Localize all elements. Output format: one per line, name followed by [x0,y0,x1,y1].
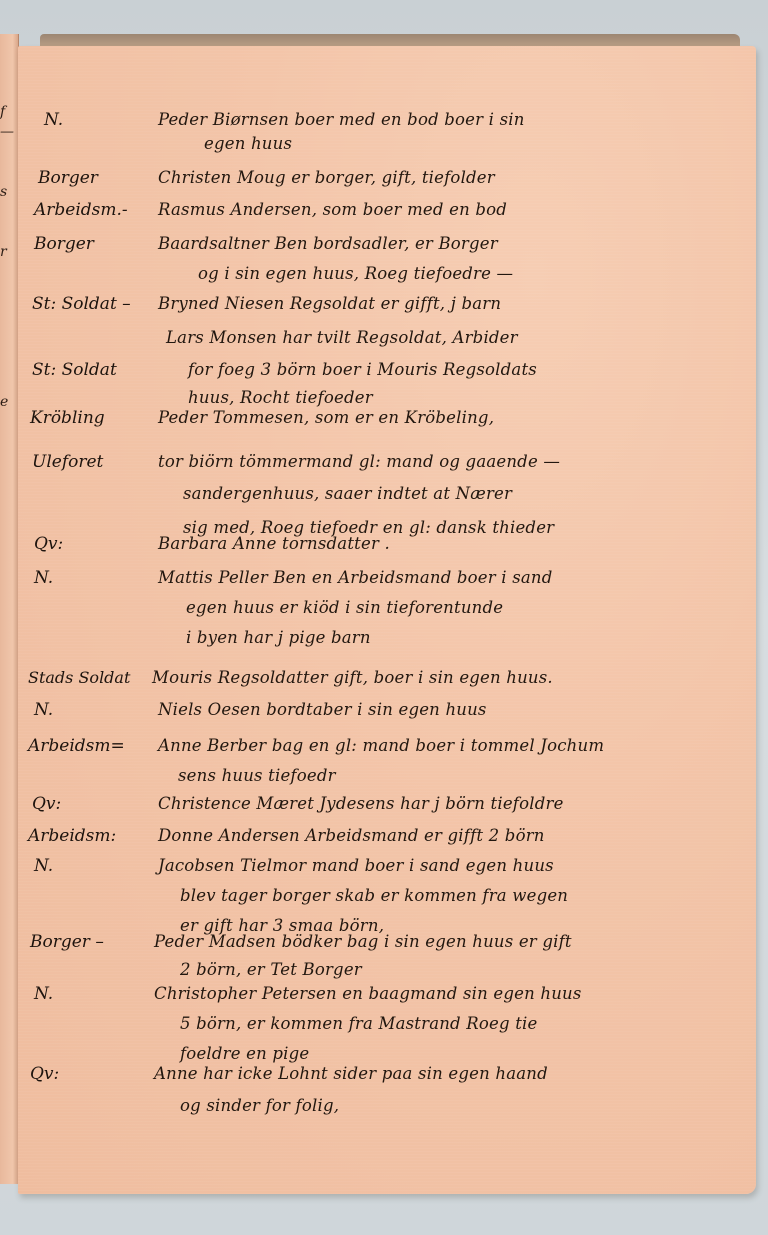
entry-line: Peder Tommesen, som er en Kröbeling, [158,408,494,427]
marginal-note: N. [34,984,159,1004]
marginal-note: N. [34,568,159,588]
entry-line: Anne Berber bag en gl: mand boer i tomme… [158,736,604,755]
entry-line: Mouris Regsoldatter gift, boer i sin ege… [152,668,553,687]
marginal-note: Borger [34,234,159,254]
entry-line: 2 börn, er Tet Borger [180,960,362,979]
marginal-note: Arbeidsm= [28,736,153,756]
manuscript-page: N. Peder Biørnsen boer med en bod boer i… [18,46,756,1194]
entry-line: og sinder for folig, [180,1096,339,1115]
entry-line: 5 börn, er kommen fra Mastrand Roeg tie [180,1014,537,1033]
entry-line: Lars Monsen har tvilt Regsoldat, Arbider [166,328,518,347]
entry-line: egen huus [204,134,292,153]
marginal-note: N. [34,700,159,720]
left-page-fragment: e [0,394,8,410]
facing-left-page-edge: f — s r e [0,34,19,1184]
left-page-fragment: f [0,104,5,120]
entry-line: tor biörn tömmermand gl: mand og gaaende… [158,452,560,471]
entry-line: og i sin egen huus, Roeg tiefoedre — [198,264,513,283]
marginal-note: Qv: [32,794,157,814]
entry-line: Baardsaltner Ben bordsadler, er Borger [158,234,498,253]
marginal-note: N. [34,856,159,876]
marginal-note: N. [44,110,169,130]
entry-line: Bryned Niesen Regsoldat er gifft, j barn [158,294,501,313]
marginal-note: Arbeidsm: [28,826,153,846]
entry-line: Donne Andersen Arbeidsmand er gifft 2 bö… [158,826,545,845]
marginal-note: Qv: [30,1064,155,1084]
entry-line: i byen har j pige barn [186,628,371,647]
entry-line: Mattis Peller Ben en Arbeidsmand boer i … [158,568,553,587]
marginal-note: Uleforet [32,452,157,472]
marginal-note: Borger – [30,932,155,952]
marginal-note: St: Soldat [32,360,157,380]
entry-line: Jacobsen Tielmor mand boer i sand egen h… [158,856,554,875]
entry-line: Rasmus Andersen, som boer med en bod [158,200,507,219]
marginal-note: Stads Soldat [28,668,153,687]
left-page-fragment: — [0,124,14,140]
entry-line: Peder Madsen bödker bag i sin egen huus … [154,932,572,951]
left-page-fragment: s [0,184,7,200]
marginal-note: St: Soldat – [32,294,157,314]
entry-line: Barbara Anne tornsdatter . [158,534,390,553]
entry-line: Christen Moug er borger, gift, tiefolder [158,168,495,187]
entry-line: sens huus tiefoedr [178,766,336,785]
marginal-note: Qv: [34,534,159,554]
entry-line: egen huus er kiöd i sin tieforentunde [186,598,503,617]
entry-line: Niels Oesen bordtaber i sin egen huus [158,700,487,719]
marginal-note: Borger [38,168,163,188]
entry-line: huus, Rocht tiefoeder [188,388,373,407]
entry-line: Anne har icke Lohnt sider paa sin egen h… [154,1064,548,1083]
marginal-note: Kröbling [30,408,155,428]
entry-line: Christence Mæret Jydesens har j börn tie… [158,794,564,813]
left-page-fragment: r [0,244,7,260]
entry-line: sandergenhuus, saaer indtet at Nærer [183,484,512,503]
entry-line: Christopher Petersen en baagmand sin ege… [154,984,582,1003]
marginal-note: Arbeidsm.- [34,200,159,220]
entry-line: foeldre en pige [180,1044,309,1063]
entry-line: blev tager borger skab er kommen fra weg… [180,886,568,905]
entry-line: for foeg 3 börn boer i Mouris Regsoldats [188,360,537,379]
entry-line: Peder Biørnsen boer med en bod boer i si… [158,110,525,129]
